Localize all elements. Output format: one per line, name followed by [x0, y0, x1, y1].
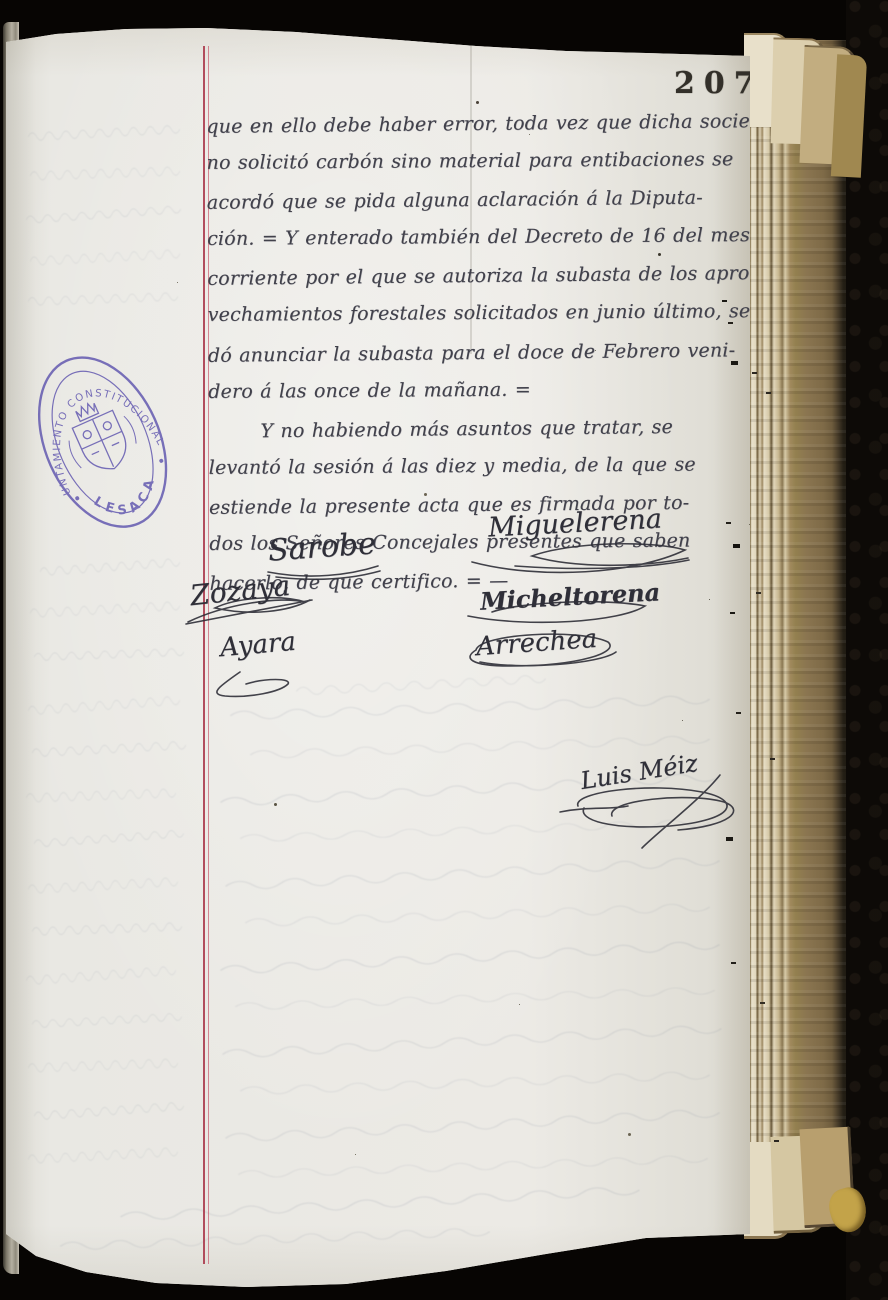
- ghost-writing: [26, 963, 177, 988]
- manuscript-line: vechamientos forestales solicitados en j…: [208, 301, 752, 343]
- ghost-writing: [26, 785, 176, 805]
- ghost-writing: [28, 693, 181, 719]
- book-scan: 207 que en ello debe haber error, toda v…: [0, 0, 888, 1300]
- manuscript-line: levantó la sesión á las diez y media, de…: [209, 453, 753, 495]
- manuscript-line: dó anunciar la subasta para el doce de F…: [208, 339, 752, 383]
- book-cover-binding: [846, 0, 888, 1300]
- ghost-writing: [30, 246, 181, 269]
- ghost-writing: [28, 1144, 179, 1167]
- ghost-writing: [26, 203, 182, 227]
- manuscript-page: 207 que en ello debe haber error, toda v…: [6, 26, 750, 1288]
- ink-bleed-marks: [722, 300, 727, 302]
- manuscript-line: corriente por el que se autoriza la suba…: [207, 263, 751, 307]
- manuscript-line: no solicitó carbón sino material para en…: [207, 148, 751, 190]
- ghost-writing: [225, 1105, 720, 1146]
- ghost-writing: [32, 738, 187, 760]
- manuscript-line: que en ello debe haber error, toda vez q…: [206, 110, 750, 154]
- ghost-writing: [32, 1010, 182, 1031]
- manuscript-line: acordó que se pida alguna aclaración á l…: [207, 186, 751, 230]
- ghost-writing: [220, 937, 720, 978]
- ghost-writing: [240, 1068, 710, 1098]
- ghost-writing: [28, 1055, 178, 1075]
- ghost-writing: [34, 645, 184, 663]
- page-edge-fan-top: [831, 54, 867, 177]
- paper-specks: [476, 101, 479, 104]
- ghost-writing: [245, 900, 710, 930]
- ghost-writing: [34, 1099, 185, 1123]
- ghost-writing: [120, 1182, 640, 1224]
- ghost-writing: [30, 163, 180, 183]
- ghost-writing: [238, 1152, 708, 1181]
- ghost-writing: [235, 984, 715, 1014]
- ghost-writing: [28, 289, 178, 308]
- signature-sarobe: Sarobe: [267, 526, 377, 568]
- ghost-writing: [222, 1021, 722, 1062]
- signature-flourishes: [180, 500, 760, 880]
- manuscript-line: ción. = Y enterado también del Decreto d…: [207, 224, 751, 266]
- ghost-writing: [28, 122, 181, 144]
- ghost-writing: [28, 874, 179, 897]
- ghost-writing: [32, 919, 182, 938]
- ghost-writing: [34, 827, 185, 850]
- manuscript-line: Y no habiendo más asuntos que tratar, se: [208, 415, 752, 459]
- signatures-block: Miguelerena Sarobe Zozaya Micheltorena A…: [180, 500, 760, 880]
- manuscript-line: dero á las once de la mañana. =: [208, 377, 752, 419]
- ghost-writing: [30, 598, 181, 621]
- ghost-writing: [40, 555, 181, 579]
- ghost-writing: [60, 1225, 490, 1254]
